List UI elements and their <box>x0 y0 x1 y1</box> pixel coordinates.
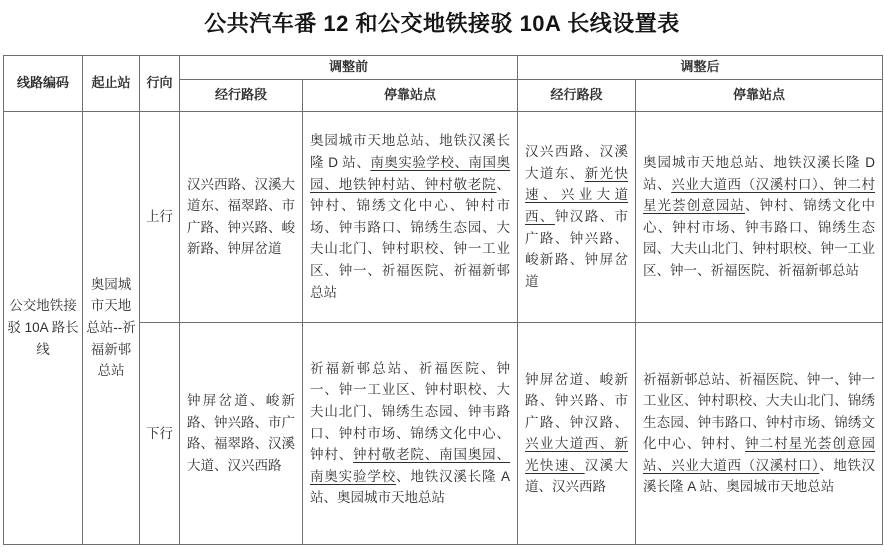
cell-down-before-stops: 祈福新邨总站、祈福医院、钟一、钟一工业区、钟村职校、大夫山北门、锦绣生态园、钟韦… <box>303 322 518 544</box>
header-direction: 行向 <box>140 56 180 112</box>
cell-down-after-roads: 钟屏岔道、峻新路、钟兴路、市广路、钟汉路、兴业大道西、新光快速、汉溪大道、汉兴西… <box>518 322 636 544</box>
cell-termini: 奥园城市天地总站--祈福新邨总站 <box>83 111 140 544</box>
cell-down-after-stops: 祈福新邨总站、祈福医院、钟一、钟一工业区、钟村职校、大夫山北门、锦绣生态园、钟韦… <box>636 322 883 544</box>
header-before-group: 调整前 <box>180 56 518 80</box>
header-before-stops: 停靠站点 <box>303 79 518 111</box>
page: 公共汽车番 12 和公交地铁接驳 10A 长线设置表 线路编码 起止站 行向 调… <box>0 0 884 554</box>
cell-up-after-stops: 奥园城市天地总站、地铁汉溪长隆 D 站、兴业大道西（汉溪村口）、钟二村星光荟创意… <box>636 111 883 322</box>
header-termini: 起止站 <box>83 56 140 112</box>
cell-up-after-roads: 汉兴西路、汉溪大道东、新光快速、兴业大道西、钟汉路、市广路、钟兴路、峻新路、钟屏… <box>518 111 636 322</box>
header-row-group: 线路编码 起止站 行向 调整前 调整后 <box>4 56 883 80</box>
header-route-code: 线路编码 <box>4 56 83 112</box>
page-title: 公共汽车番 12 和公交地铁接驳 10A 长线设置表 <box>0 7 884 41</box>
header-after-roads: 经行路段 <box>518 79 636 111</box>
header-after-group: 调整后 <box>518 56 883 80</box>
cell-up-before-stops: 奥园城市天地总站、地铁汉溪长隆 D 站、南奥实验学校、南国奥园、地铁钟村站、钟村… <box>303 111 518 322</box>
cell-direction-down: 下行 <box>140 322 180 544</box>
header-after-stops: 停靠站点 <box>636 79 883 111</box>
cell-direction-up: 上行 <box>140 111 180 322</box>
table-row-up: 公交地铁接驳 10A 路长线 奥园城市天地总站--祈福新邨总站 上行 汉兴西路、… <box>4 111 883 322</box>
cell-up-before-roads: 汉兴西路、汉溪大道东、福翠路、市广路、钟兴路、峻新路、钟屏岔道 <box>180 111 303 322</box>
cell-down-before-roads: 钟屏岔道、峻新路、钟兴路、市广路、福翠路、汉溪大道、汉兴西路 <box>180 322 303 544</box>
header-before-roads: 经行路段 <box>180 79 303 111</box>
route-adjustment-table: 线路编码 起止站 行向 调整前 调整后 经行路段 停靠站点 经行路段 停靠站点 … <box>3 55 883 545</box>
cell-route-code: 公交地铁接驳 10A 路长线 <box>4 111 83 544</box>
